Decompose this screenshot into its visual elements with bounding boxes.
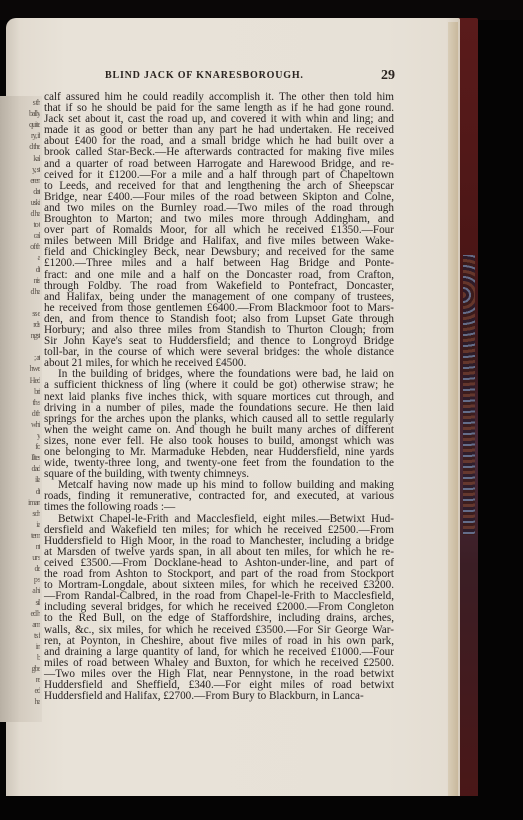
facing-page-fragment: ss e bbox=[2, 309, 40, 318]
book-cover-top bbox=[0, 0, 523, 20]
facing-page-fragment: of th bbox=[2, 242, 40, 251]
text-line: Huddersfield and Halifax, £2700.—From Bu… bbox=[44, 691, 394, 702]
facing-page-fragment: b bbox=[2, 653, 40, 662]
text-line: brook called Star-Beck.—He afterwards co… bbox=[44, 147, 394, 158]
facing-page-fragment: s th bbox=[2, 98, 40, 107]
facing-page-fragment: y bbox=[2, 431, 40, 440]
facing-page-fragment: a hi bbox=[2, 586, 40, 595]
text-line: next laid planks five inches thick, with… bbox=[44, 392, 394, 403]
facing-page-fragment: ia bbox=[2, 520, 40, 529]
facing-page-fragment: bri bbox=[2, 387, 40, 396]
facing-page-fragment: ts f bbox=[2, 631, 40, 640]
facing-page-fragment bbox=[2, 298, 40, 307]
facing-page-fragment: ry, if bbox=[2, 131, 40, 140]
facing-page-fragment: cal bbox=[2, 231, 40, 240]
facing-page-fragment: to t bbox=[2, 220, 40, 229]
facing-page-fragment: whi bbox=[2, 420, 40, 429]
facing-page-fragment: hwe bbox=[2, 364, 40, 373]
facing-page-fragment: a bbox=[2, 253, 40, 262]
facing-page-fragment: kal bbox=[2, 154, 40, 163]
facing-page-fragment: am bbox=[2, 620, 40, 629]
text-line: a sufficient thickness of ling (where it… bbox=[44, 380, 394, 391]
facing-page-fragment: rds bbox=[2, 320, 40, 329]
facing-page-fragment: d the bbox=[2, 142, 40, 151]
body-text: calf assured him he could readily accomp… bbox=[44, 92, 394, 702]
facing-page-fragment: ed h bbox=[2, 609, 40, 618]
facing-page-fragment: ur s bbox=[2, 553, 40, 562]
facing-page-fragment: nt bbox=[2, 542, 40, 551]
facing-page-fragment: dt bbox=[2, 265, 40, 274]
show-through-text bbox=[50, 714, 350, 722]
facing-page-fragment: fo bbox=[2, 442, 40, 451]
page-header: BLIND JACK OF KNARESBOROUGH. 29 bbox=[105, 68, 395, 84]
facing-page-fragment: ila bbox=[2, 475, 40, 484]
marbled-endpaper bbox=[463, 255, 475, 535]
facing-page-fragment: d ha bbox=[2, 209, 40, 218]
facing-page-fragment: p s bbox=[2, 575, 40, 584]
facing-page-fragment: ngst bbox=[2, 331, 40, 340]
facing-page-fragment: tem bbox=[2, 531, 40, 540]
facing-page-fragment: Hed bbox=[2, 376, 40, 385]
facing-page-fragment: sil bbox=[2, 598, 40, 607]
text-line: Betwixt Chapel-le-Frith and Macclesfield… bbox=[44, 514, 394, 525]
facing-page-fragment: in bbox=[2, 642, 40, 651]
running-head: BLIND JACK OF KNARESBOROUGH. bbox=[105, 70, 304, 81]
facing-page-fragment: quite bbox=[2, 120, 40, 129]
text-line: £1200.—Three miles and a half between Ha… bbox=[44, 258, 394, 269]
text-line: to the Red Bull, on the edge of Stafford… bbox=[44, 613, 394, 624]
facing-page-fragment: Iltes bbox=[2, 453, 40, 462]
facing-page-fragment: ; at bbox=[2, 353, 40, 362]
facing-page-fragment: d th bbox=[2, 409, 40, 418]
facing-page-gutter: s thballyquitery, ifd thekaly, sterendat… bbox=[0, 96, 42, 722]
facing-page-fragment: gbe bbox=[2, 664, 40, 673]
facing-page-fragment: de bbox=[2, 564, 40, 573]
facing-page-fragment: dat bbox=[2, 187, 40, 196]
facing-page-fragment: uski bbox=[2, 198, 40, 207]
facing-page-fragment: th s bbox=[2, 398, 40, 407]
page-number: 29 bbox=[381, 68, 395, 84]
facing-page-fragment: d ha bbox=[2, 287, 40, 296]
background-shadow bbox=[0, 796, 523, 820]
facing-page-fragment: dt bbox=[2, 487, 40, 496]
facing-page-fragment: sch bbox=[2, 509, 40, 518]
facing-page-fragment: ed bbox=[2, 686, 40, 695]
facing-page-fragment: eren bbox=[2, 176, 40, 185]
facing-page-fragment: nis bbox=[2, 276, 40, 285]
facing-page-fragment: iman bbox=[2, 498, 40, 507]
facing-page-fragment: dad bbox=[2, 464, 40, 473]
text-line: and a quarter of road between Harrogate … bbox=[44, 159, 394, 170]
text-line: times the following roads :— bbox=[44, 502, 394, 513]
facing-page-fragment: re bbox=[2, 675, 40, 684]
text-line: walls, &c., six miles, for which he rece… bbox=[44, 625, 394, 636]
text-line: fract: and one mile and a half on the Do… bbox=[44, 270, 394, 281]
facing-page-fragment: ha bbox=[2, 697, 40, 706]
facing-page-fragment bbox=[2, 709, 40, 718]
page-fore-edge bbox=[448, 22, 458, 797]
facing-page-fragment bbox=[2, 342, 40, 351]
facing-page-fragment: bally bbox=[2, 109, 40, 118]
facing-page-fragment: y, st bbox=[2, 165, 40, 174]
